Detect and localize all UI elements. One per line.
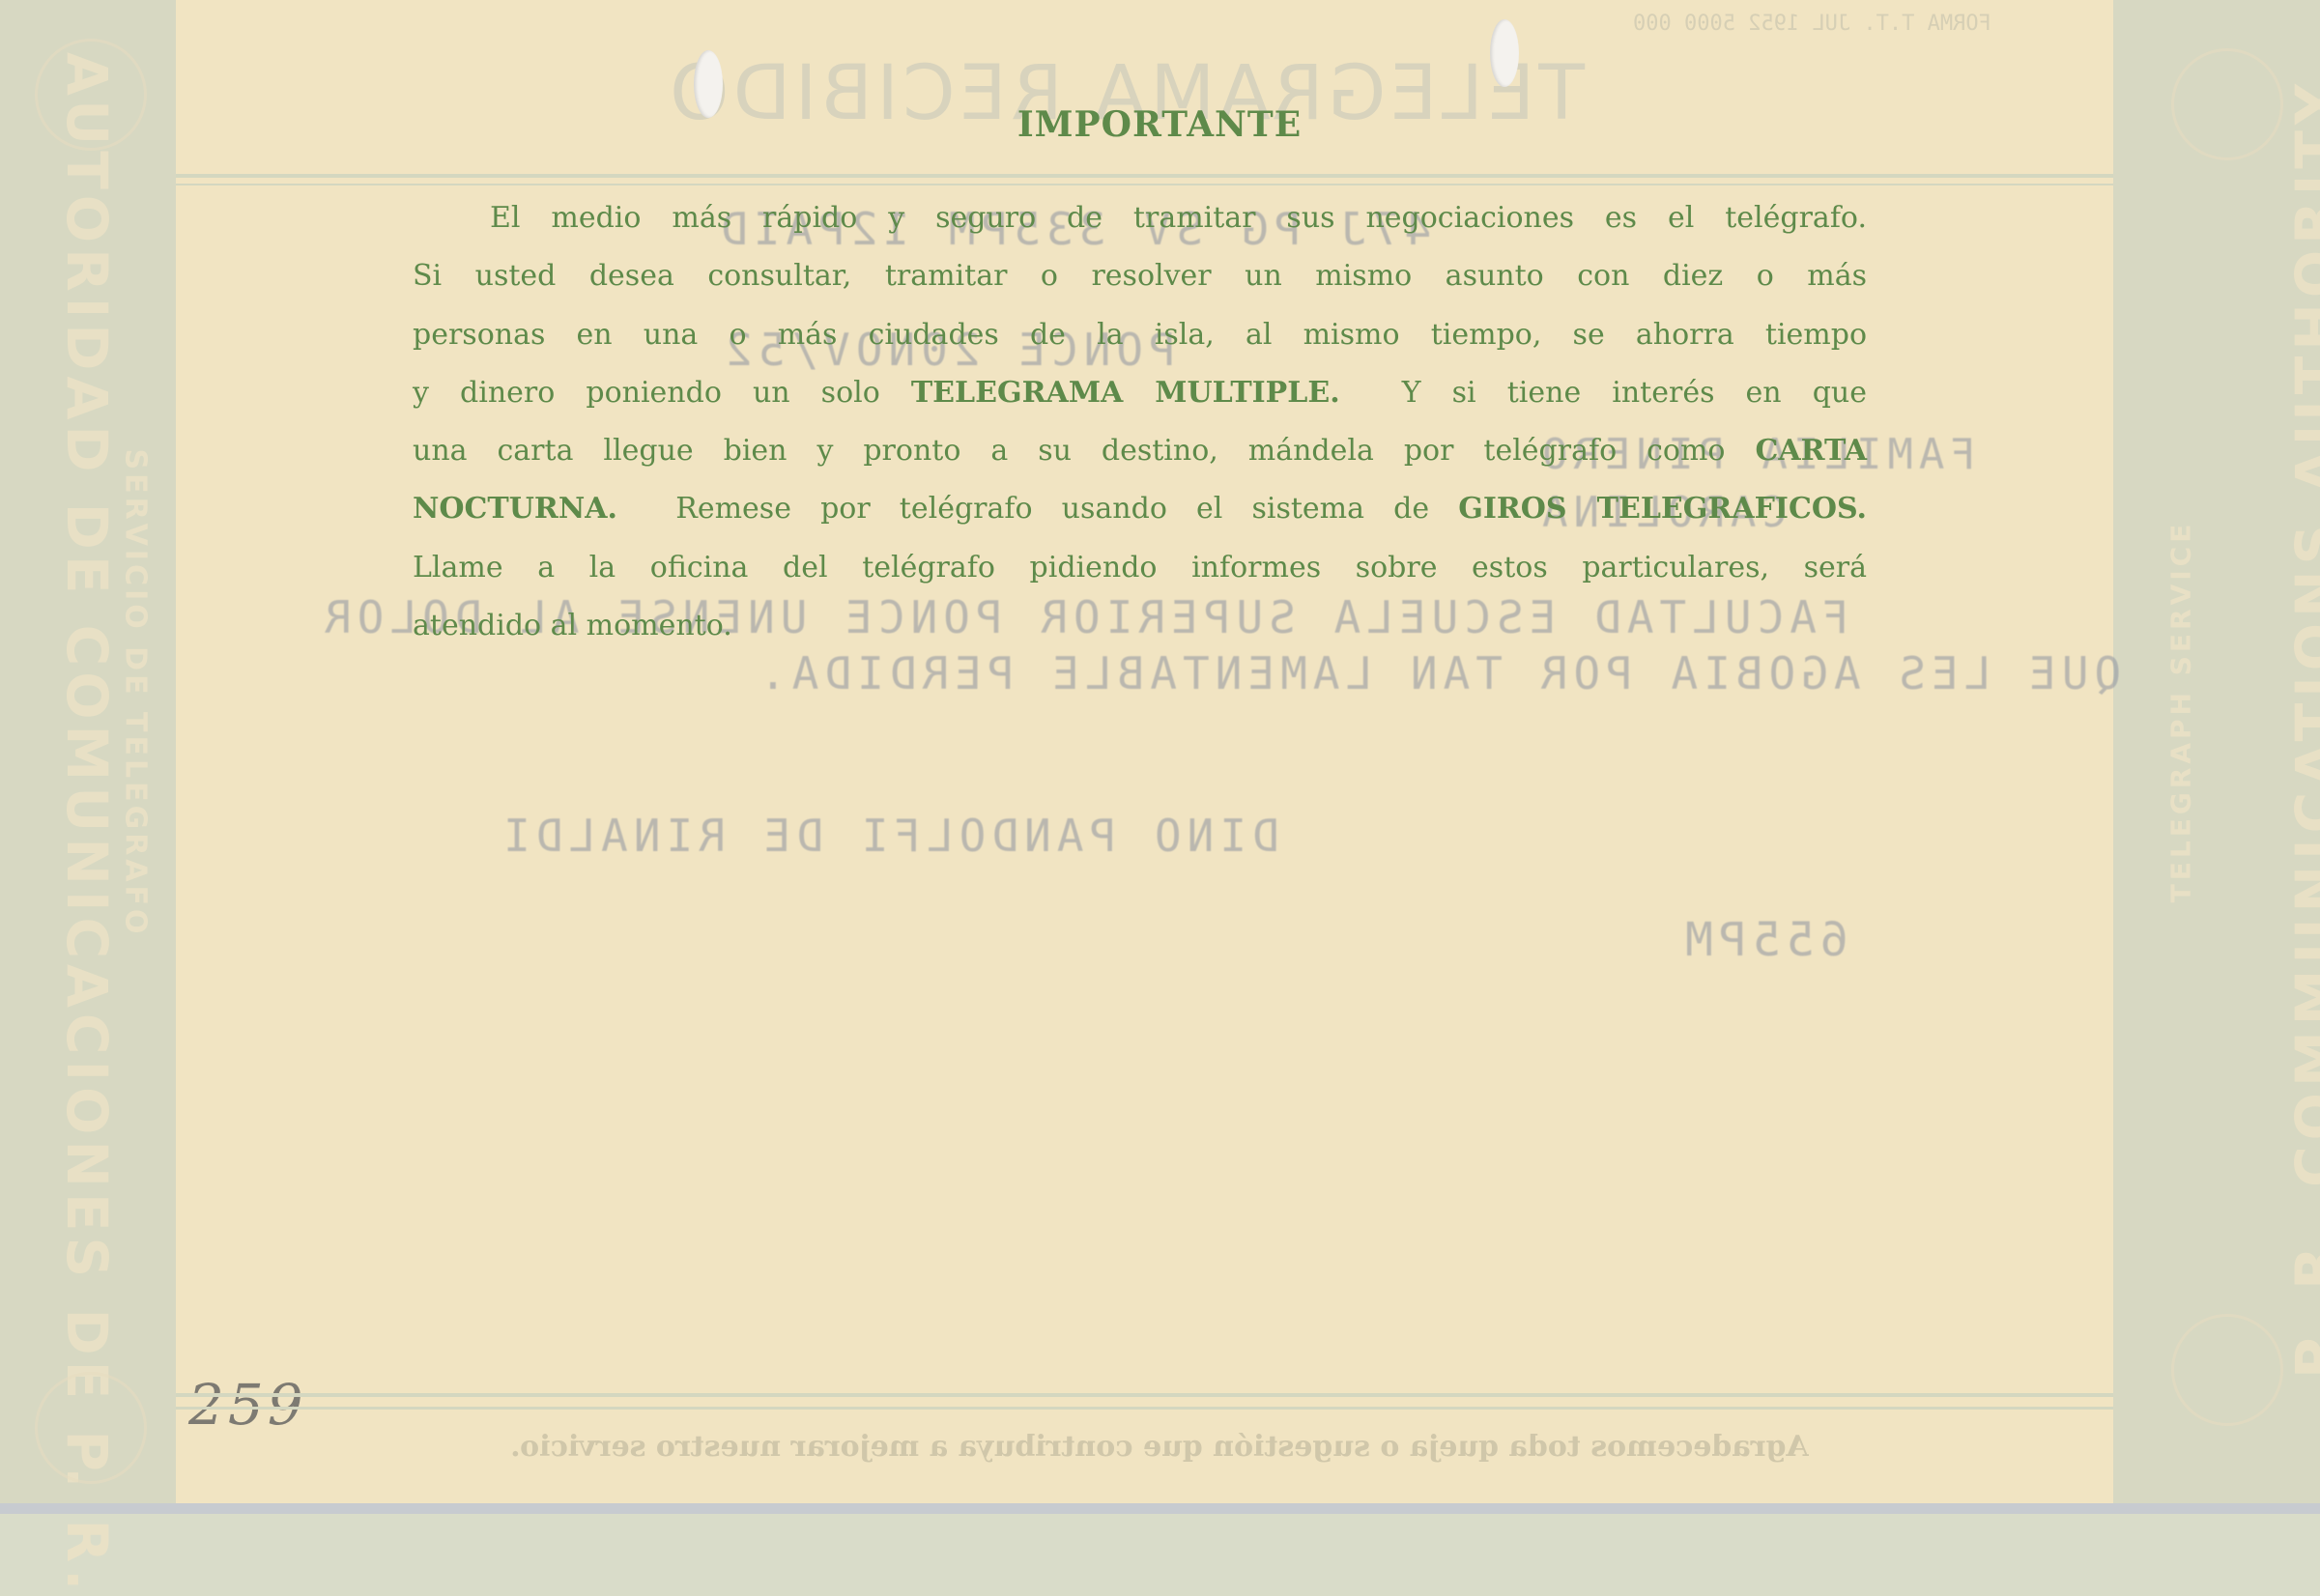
mirrored-form-number: FORMA T.T. JUL 1952 5000 000 bbox=[1633, 12, 1991, 36]
text-run: una carta llegue bien y pronto a su dest… bbox=[413, 434, 1755, 468]
emphasis-giros-telegraficos: GIROS TELEGRAFICOS. bbox=[1458, 492, 1867, 526]
divider bbox=[176, 174, 2113, 178]
left-band-subtext: SERVICIO DE TELEGRAFO bbox=[119, 307, 153, 1080]
divider bbox=[176, 1407, 2113, 1410]
heading: IMPORTANTE bbox=[870, 104, 1449, 145]
mirrored-footer: Agradecemos toda queja o sugestión que c… bbox=[406, 1430, 1913, 1464]
divider bbox=[176, 184, 2113, 185]
scan-edge bbox=[0, 1503, 2320, 1514]
left-band-text: AUTORIDAD DE COMUNICACIONES DE P. R. bbox=[54, 52, 120, 1405]
seal-icon bbox=[2171, 1314, 2283, 1426]
paragraph-line: Si usted desea consultar, tramitar o res… bbox=[413, 247, 1867, 305]
paragraph-line: una carta llegue bien y pronto a su dest… bbox=[413, 422, 1867, 480]
emphasis-carta: CARTA bbox=[1755, 434, 1867, 468]
left-side-band: AUTORIDAD DE COMUNICACIONES DE P. R. SER… bbox=[0, 0, 176, 1514]
right-band-subtext: TELEGRAPH SERVICE bbox=[2165, 326, 2197, 1098]
punch-hole bbox=[1490, 19, 1519, 87]
emphasis-nocturna: NOCTURNA. bbox=[413, 492, 617, 526]
paragraph-line: y dinero poniendo un solo TELEGRAMA MULT… bbox=[413, 364, 1867, 422]
right-band-text: P. R. COMMUNICATIONS AUTHORITY bbox=[2283, 52, 2320, 1405]
paragraph-line: atendido al momento. bbox=[413, 597, 1867, 655]
seal-icon bbox=[2171, 48, 2283, 160]
paragraph-line: NOCTURNA. Remese por telégrafo usando el… bbox=[413, 480, 1867, 538]
text-run: Remese por telégrafo usando el sistema d… bbox=[617, 492, 1458, 526]
text-run: y dinero poniendo un solo bbox=[413, 376, 911, 410]
bleed-text-line: 655PM bbox=[1679, 913, 1848, 967]
telegram-card: AUTORIDAD DE COMUNICACIONES DE P. R. SER… bbox=[0, 0, 2320, 1514]
right-side-band: P. R. COMMUNICATIONS AUTHORITY TELEGRAPH… bbox=[2113, 0, 2320, 1514]
punch-hole bbox=[694, 50, 723, 118]
divider bbox=[176, 1393, 2113, 1397]
handwritten-number: 259 bbox=[188, 1372, 307, 1438]
paragraph-line: El medio más rápido y seguro de tramitar… bbox=[413, 189, 1867, 247]
paragraph-line: Llame a la oficina del telégrafo pidiend… bbox=[413, 539, 1867, 597]
emphasis-telegrama-multiple: TELEGRAMA MULTIPLE. bbox=[911, 376, 1340, 410]
notice-paragraph: El medio más rápido y seguro de tramitar… bbox=[413, 189, 1867, 655]
text-run: Y si tiene interés en que bbox=[1340, 376, 1867, 410]
bleed-text-line: DINO PANDOLFI DE RINALDI bbox=[498, 810, 1279, 862]
paragraph-line: personas en una o más ciudades de la isl… bbox=[413, 306, 1867, 364]
seal-icon bbox=[35, 1372, 147, 1484]
